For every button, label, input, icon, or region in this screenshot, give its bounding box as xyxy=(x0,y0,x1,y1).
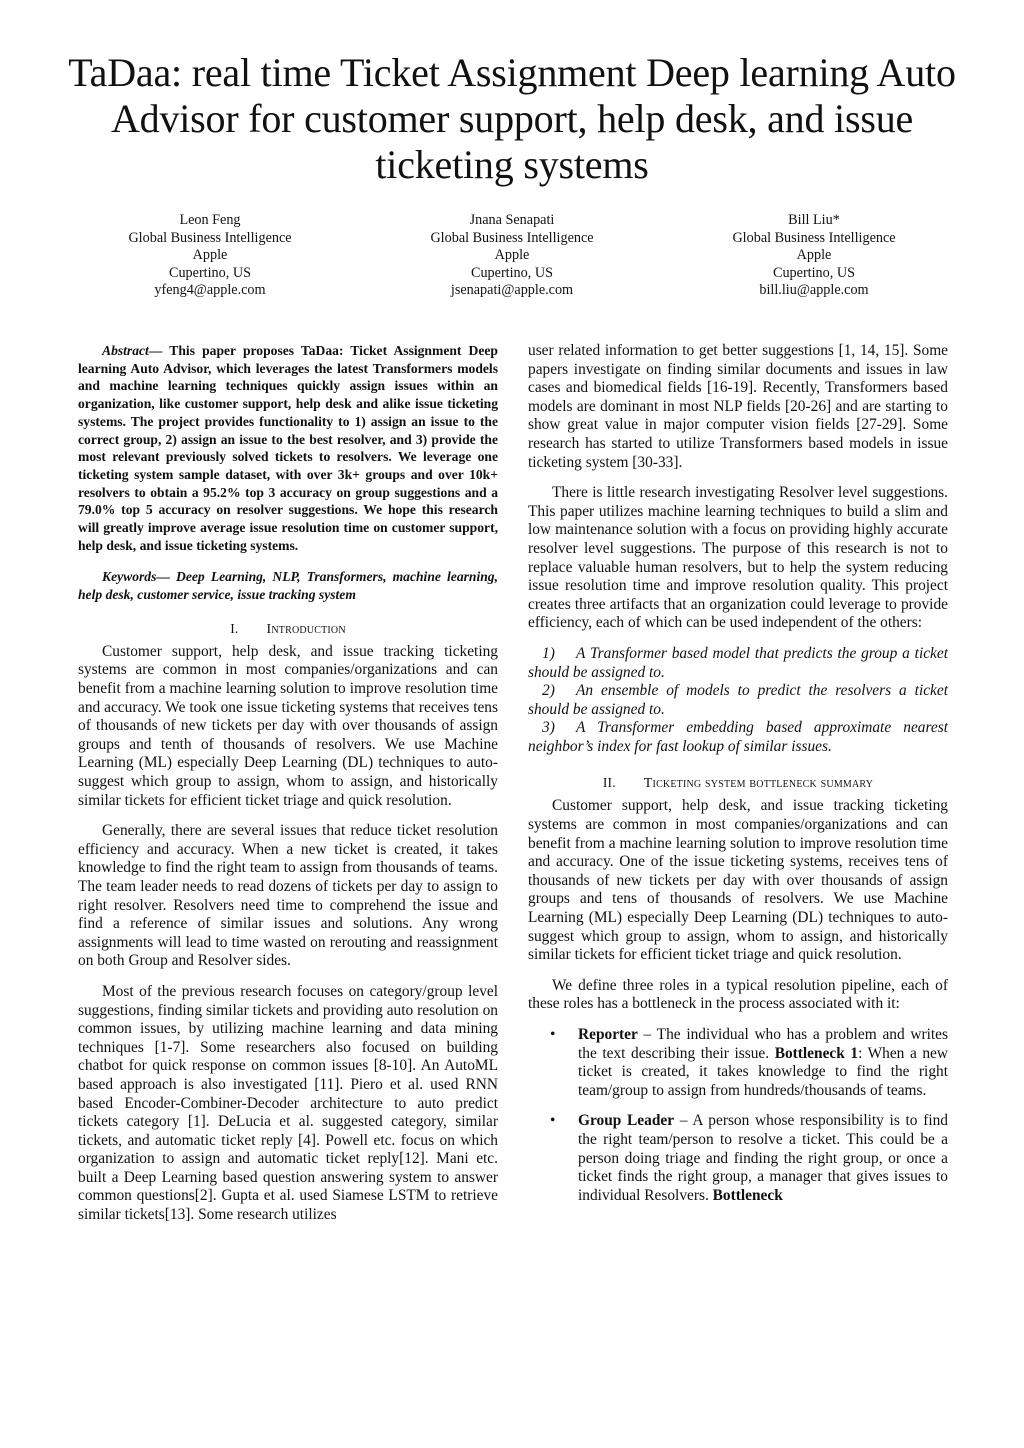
author-1: Leon Feng Global Business Intelligence A… xyxy=(60,212,360,300)
keywords-label: Keywords— xyxy=(102,569,170,584)
author-name: Bill Liu* xyxy=(664,212,964,230)
item-text: An ensemble of models to predict the res… xyxy=(528,682,948,718)
author-email: jsenapati@apple.com xyxy=(362,282,662,300)
author-email: yfeng4@apple.com xyxy=(60,282,360,300)
section-heading-bottleneck-summary: II.Ticketing system bottleneck summary xyxy=(528,774,948,793)
paper-title: TaDaa: real time Ticket Assignment Deep … xyxy=(60,50,964,188)
role-reporter: • Reporter – The individual who has a pr… xyxy=(528,1026,948,1100)
author-2: Jnana Senapati Global Business Intellige… xyxy=(362,212,662,300)
contributions-list: 1)A Transformer based model that predict… xyxy=(528,645,948,757)
item-number: 3) xyxy=(542,719,576,738)
section-heading-introduction: I.Introduction xyxy=(78,620,498,639)
author-block: Leon Feng Global Business Intelligence A… xyxy=(60,212,964,300)
keywords: Keywords— Deep Learning, NLP, Transforme… xyxy=(78,568,498,603)
left-column: Abstract— This paper proposes TaDaa: Tic… xyxy=(78,342,498,1225)
author-dept: Global Business Intelligence xyxy=(60,230,360,248)
right-column: user related information to get better s… xyxy=(528,342,948,1217)
intro-paragraph-3-continued: user related information to get better s… xyxy=(528,342,948,472)
author-location: Cupertino, US xyxy=(664,265,964,283)
item-number: 1) xyxy=(542,645,576,664)
author-org: Apple xyxy=(664,247,964,265)
contribution-item-1: 1)A Transformer based model that predict… xyxy=(528,645,948,682)
contribution-item-3: 3)A Transformer embedding based approxim… xyxy=(528,719,948,756)
bullet-icon: • xyxy=(550,1026,555,1045)
role-term: Group Leader xyxy=(578,1112,674,1129)
intro-paragraph-4: There is little research investigating R… xyxy=(528,484,948,633)
item-text: A Transformer embedding based approximat… xyxy=(528,719,948,755)
author-name: Jnana Senapati xyxy=(362,212,662,230)
intro-paragraph-3: Most of the previous research focuses on… xyxy=(78,983,498,1225)
intro-paragraph-2: Generally, there are several issues that… xyxy=(78,822,498,971)
section-title: Ticketing system bottleneck summary xyxy=(644,776,873,791)
author-dept: Global Business Intelligence xyxy=(664,230,964,248)
author-email: bill.liu@apple.com xyxy=(664,282,964,300)
abstract-label: Abstract— xyxy=(102,343,162,358)
bullet-icon: • xyxy=(550,1112,555,1131)
author-org: Apple xyxy=(362,247,662,265)
author-name: Leon Feng xyxy=(60,212,360,230)
contribution-item-2: 2)An ensemble of models to predict the r… xyxy=(528,682,948,719)
roles-list: • Reporter – The individual who has a pr… xyxy=(528,1026,948,1205)
bottleneck-label: Bottleneck xyxy=(713,1187,783,1204)
intro-paragraph-1: Customer support, help desk, and issue t… xyxy=(78,643,498,810)
abstract-text: This paper proposes TaDaa: Ticket Assign… xyxy=(78,343,498,553)
author-location: Cupertino, US xyxy=(60,265,360,283)
abstract: Abstract— This paper proposes TaDaa: Tic… xyxy=(78,342,498,554)
author-location: Cupertino, US xyxy=(362,265,662,283)
role-term: Reporter xyxy=(578,1026,638,1043)
author-org: Apple xyxy=(60,247,360,265)
item-number: 2) xyxy=(542,682,576,701)
section-title: Introduction xyxy=(267,622,346,637)
section2-paragraph-2: We define three roles in a typical resol… xyxy=(528,977,948,1014)
section-number: II. xyxy=(603,775,616,790)
section-number: I. xyxy=(230,621,238,636)
author-dept: Global Business Intelligence xyxy=(362,230,662,248)
section2-paragraph-1: Customer support, help desk, and issue t… xyxy=(528,797,948,964)
item-text: A Transformer based model that predicts … xyxy=(528,645,948,681)
author-3: Bill Liu* Global Business Intelligence A… xyxy=(664,212,964,300)
role-group-leader: • Group Leader – A person whose responsi… xyxy=(528,1112,948,1205)
bottleneck-label: Bottleneck 1 xyxy=(775,1045,858,1062)
